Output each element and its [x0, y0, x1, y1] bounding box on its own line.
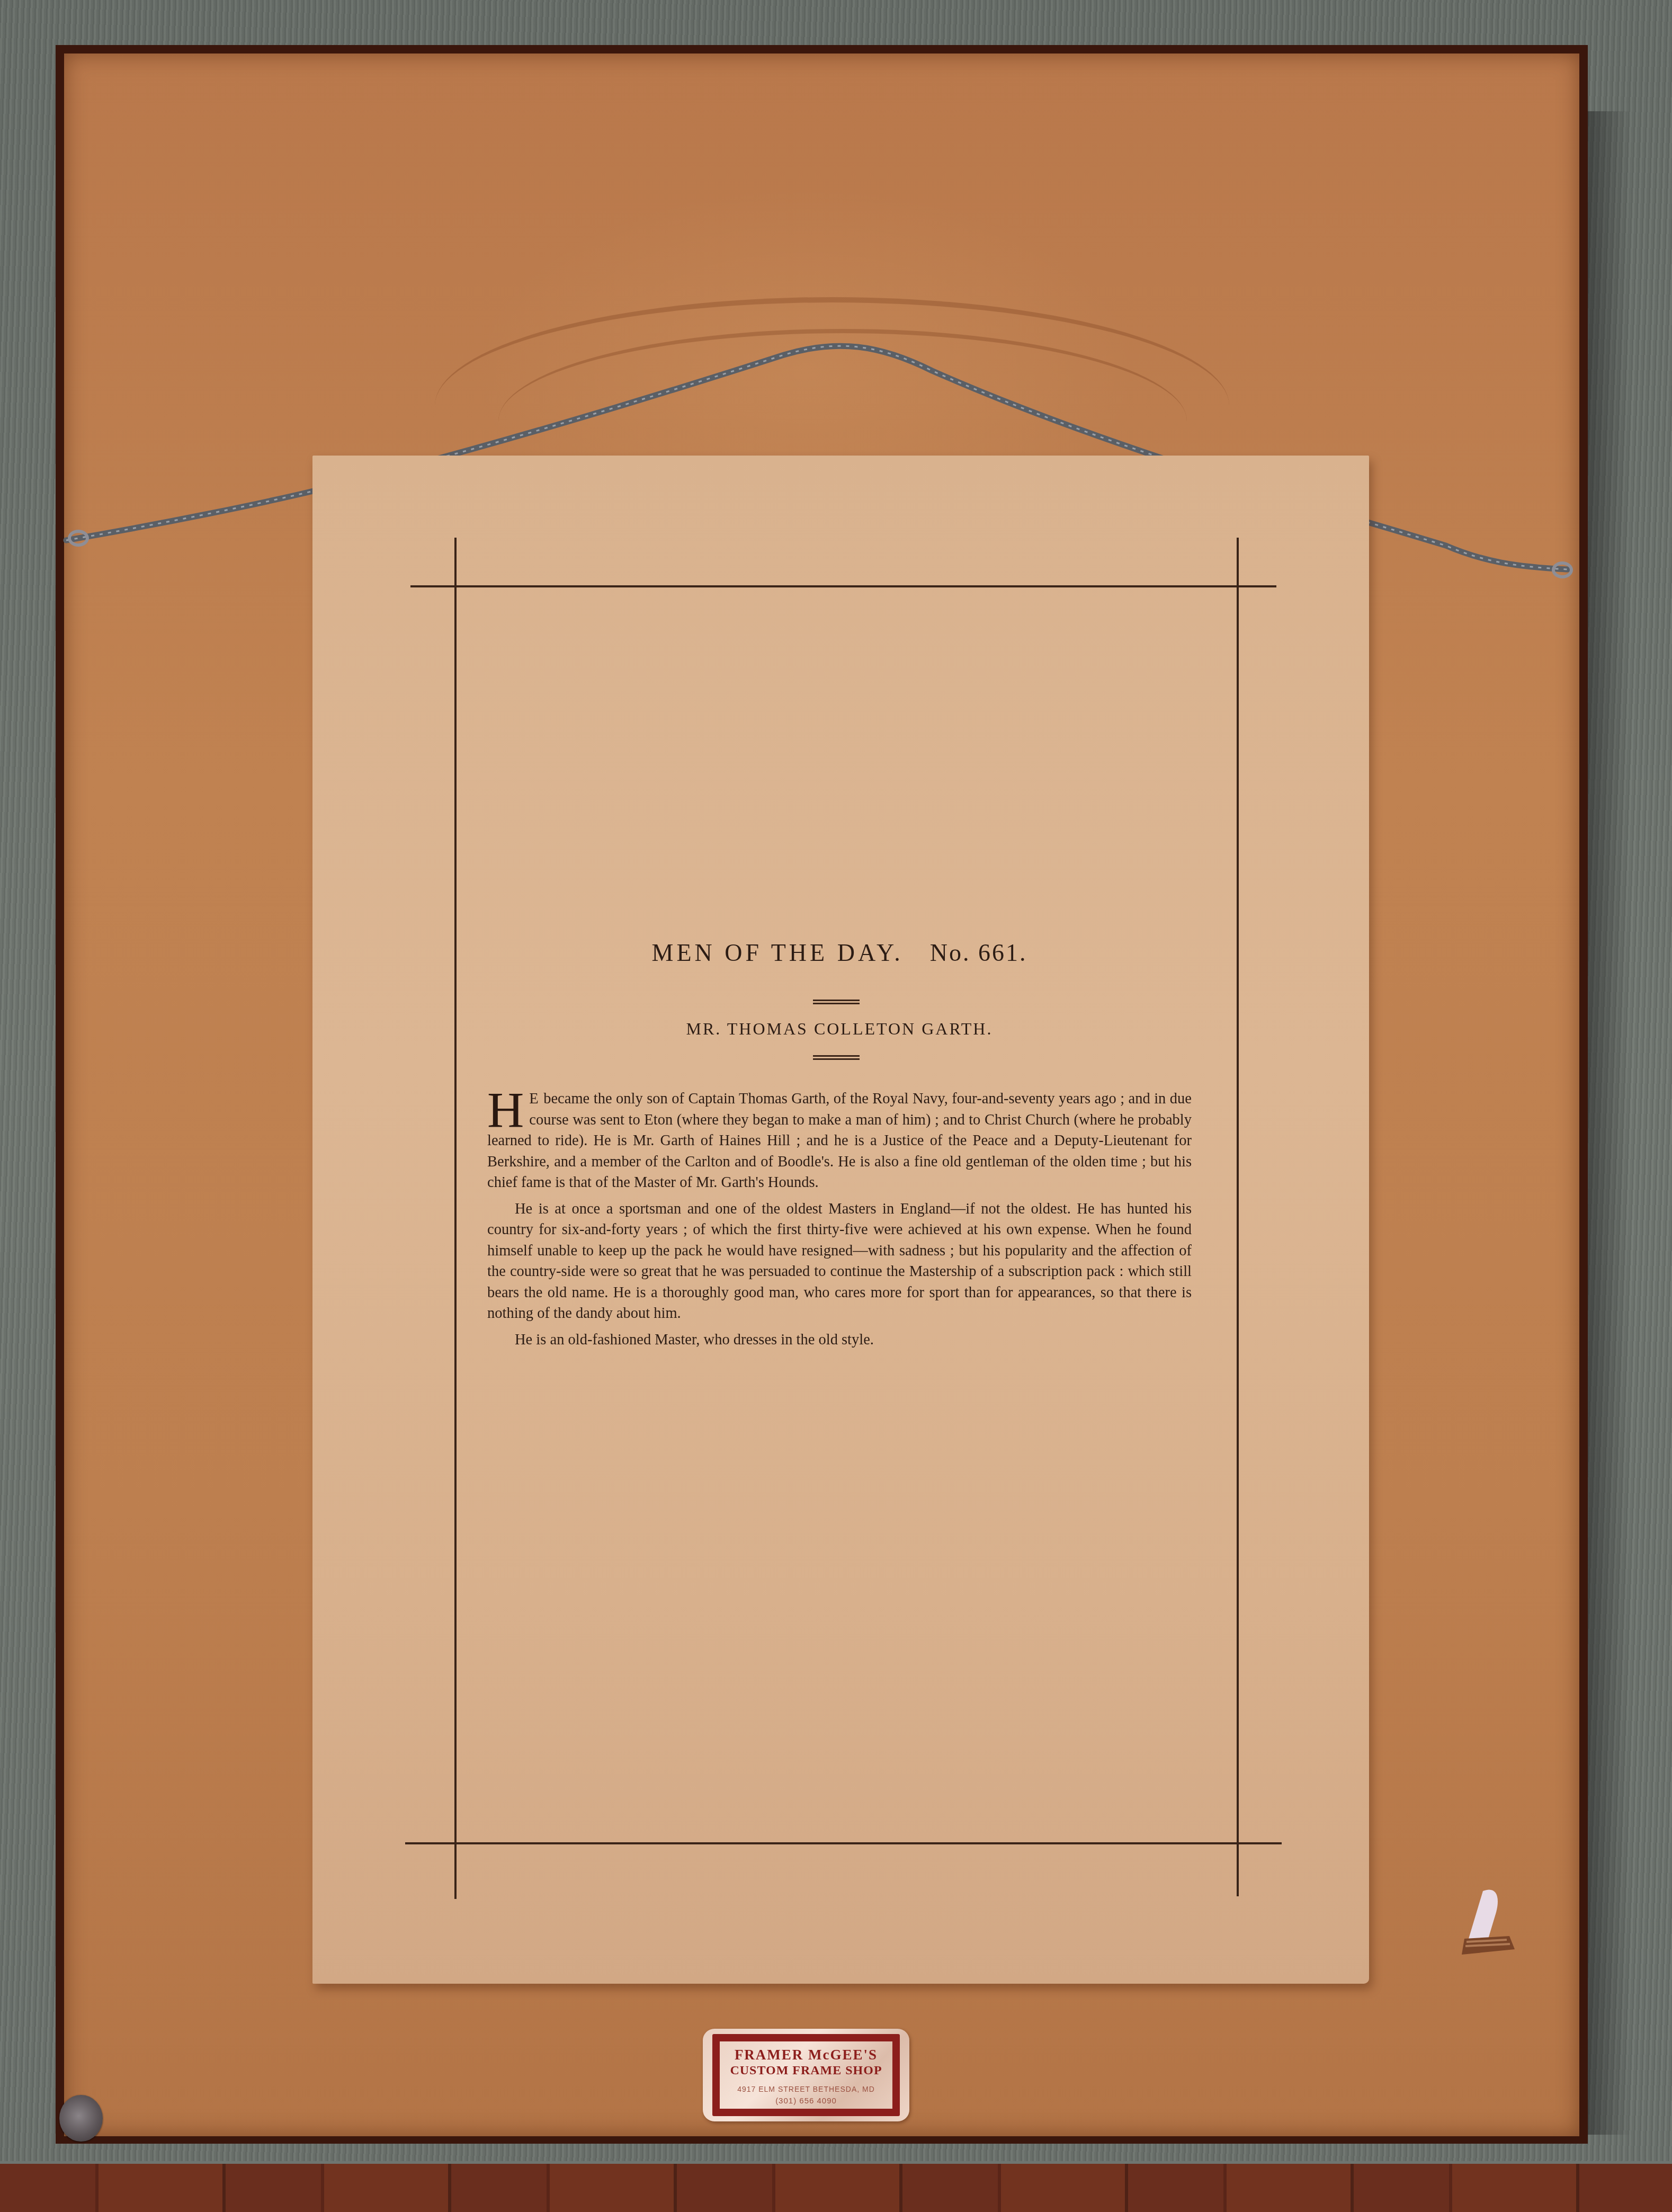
article-body: HE became the only son of Captain Thomas… [487, 1089, 1192, 1355]
page-title: MEN OF THE DAY.No. 661. [487, 939, 1192, 967]
crop-line-top [410, 585, 1276, 587]
paragraph: He is at once a sportsman and one of the… [487, 1199, 1192, 1324]
wood-floor [0, 2164, 1672, 2212]
crop-line-bottom [405, 1842, 1282, 1844]
crop-line-right [1237, 538, 1239, 1896]
crop-line-left [454, 538, 457, 1899]
screw-icon [59, 2095, 103, 2142]
label-shop-type: CUSTOM FRAME SHOP [720, 2064, 892, 2078]
frame-shadow [1584, 111, 1631, 2135]
label-shop-name: FRAMER McGEE'S [720, 2047, 892, 2063]
left-eyelet-icon [68, 530, 89, 547]
print-page: MEN OF THE DAY.No. 661. MR. THOMAS COLLE… [312, 456, 1369, 1984]
label-border: FRAMER McGEE'S CUSTOM FRAME SHOP 4917 EL… [712, 2034, 900, 2116]
framer-label: FRAMER McGEE'S CUSTOM FRAME SHOP 4917 EL… [703, 2029, 909, 2121]
drop-cap: H [487, 1091, 524, 1130]
issue-number: No. 661. [930, 939, 1027, 966]
label-phone: (301) 656 4090 [720, 2097, 892, 2106]
subject-name: MR. THOMAS COLLETON GARTH. [487, 1019, 1192, 1039]
right-eyelet-icon [1552, 561, 1573, 578]
double-rule-divider [813, 1055, 860, 1060]
double-rule-divider [813, 1000, 860, 1004]
paragraph: He is an old-fashioned Master, who dress… [487, 1330, 1192, 1351]
label-address: 4917 ELM STREET BETHESDA, MD [720, 2085, 892, 2093]
torn-backing-icon [1459, 1875, 1523, 1981]
paragraph: HE became the only son of Captain Thomas… [487, 1089, 1192, 1193]
series-title: MEN OF THE DAY. [652, 939, 904, 966]
